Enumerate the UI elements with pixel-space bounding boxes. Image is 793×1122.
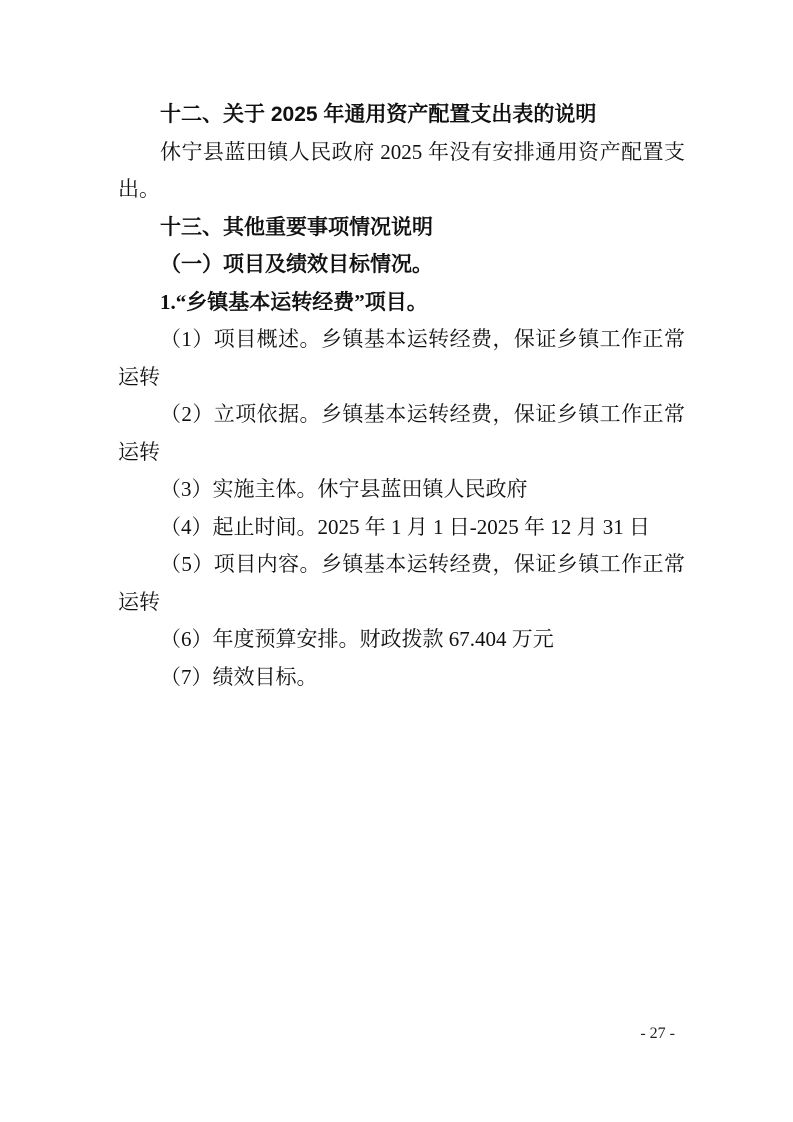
project-item-5-content: （5）项目内容。乡镇基本运转经费，保证乡镇工作正常运转 <box>118 546 685 621</box>
project-item-6-annual-budget: （6）年度预算安排。财政拨款 67.404 万元 <box>118 621 685 659</box>
document-page: 十二、关于 2025 年通用资产配置支出表的说明 休宁县蓝田镇人民政府 2025… <box>0 0 793 1122</box>
project-item-1-overview: （1）项目概述。乡镇基本运转经费，保证乡镇工作正常运转 <box>118 321 685 396</box>
project-item-4-duration: （4）起止时间。2025 年 1 月 1 日-2025 年 12 月 31 日 <box>118 509 685 547</box>
project-item-7-performance-target: （7）绩效目标。 <box>118 659 685 697</box>
document-content: 十二、关于 2025 年通用资产配置支出表的说明 休宁县蓝田镇人民政府 2025… <box>118 96 685 696</box>
section-heading-twelve: 十二、关于 2025 年通用资产配置支出表的说明 <box>118 96 685 134</box>
project-title-township-operating-funds: 1.“乡镇基本运转经费”项目。 <box>118 284 685 322</box>
subsection-heading-project-performance: （一）项目及绩效目标情况。 <box>118 246 685 284</box>
project-item-3-implementing-body: （3）实施主体。休宁县蓝田镇人民政府 <box>118 471 685 509</box>
page-number: - 27 - <box>640 1023 675 1045</box>
paragraph-no-general-asset-spending: 休宁县蓝田镇人民政府 2025 年没有安排通用资产配置支出。 <box>118 134 685 209</box>
project-item-2-basis: （2）立项依据。乡镇基本运转经费，保证乡镇工作正常运转 <box>118 396 685 471</box>
section-heading-thirteen: 十三、其他重要事项情况说明 <box>118 209 685 247</box>
